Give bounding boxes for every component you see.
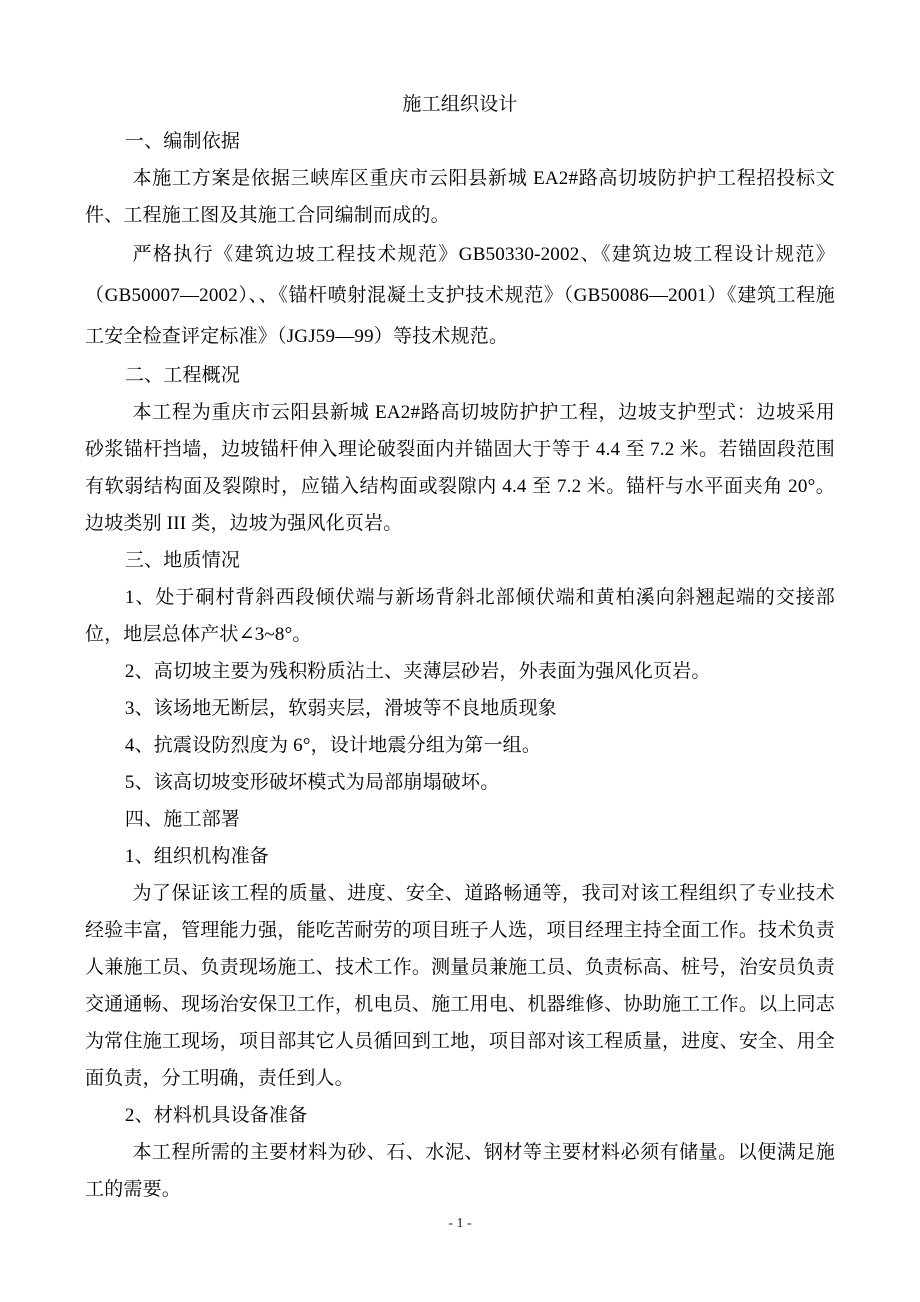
geology-item-1: 1、处于硐村背斜西段倾伏端与新场背斜北部倾伏端和黄柏溪向斜翘起端的交接部位，地层… [85,579,835,653]
geology-item-3: 3、该场地无断层，软弱夹层，滑坡等不良地质现象 [85,690,835,727]
heading-geology: 三、地质情况 [85,542,835,579]
page-number: - 1 - [0,1216,920,1232]
geology-item-5: 5、该高切坡变形破坏模式为局部崩塌破坏。 [85,764,835,801]
paragraph-basis-body: 本施工方案是依据三峡库区重庆市云阳县新城 EA2#路高切坡防护护工程招投标文件、… [85,160,835,234]
heading-project-overview: 二、工程概况 [85,357,835,394]
paragraph-overview-body: 本工程为重庆市云阳县新城 EA2#路高切坡防护护工程，边坡支护型式：边坡采用砂浆… [85,394,835,542]
paragraph-organization-body: 为了保证该工程的质量、进度、安全、道路畅通等，我司对该工程组织了专业技术经验丰富… [85,875,835,1097]
document-content: 施工组织设计 一、编制依据 本施工方案是依据三峡库区重庆市云阳县新城 EA2#路… [0,0,920,1208]
heading-construction-deployment: 四、施工部署 [85,801,835,838]
geology-item-4: 4、抗震设防烈度为 6°，设计地震分组为第一组。 [85,727,835,764]
paragraph-material-body: 本工程所需的主要材料为砂、石、水泥、钢材等主要材料必须有储量。以便满足施工的需要… [85,1134,835,1208]
document-page: 施工组织设计 一、编制依据 本施工方案是依据三峡库区重庆市云阳县新城 EA2#路… [0,0,920,1302]
subheading-material-equipment-preparation: 2、材料机具设备准备 [85,1097,835,1134]
paragraph-standards: 严格执行《建筑边坡工程技术规范》GB50330-2002、《建筑边坡工程设计规范… [85,234,835,357]
document-title: 施工组织设计 [85,86,835,123]
subheading-organization-preparation: 1、组织机构准备 [85,838,835,875]
geology-item-2: 2、高切坡主要为残积粉质沾土、夹薄层砂岩，外表面为强风化页岩。 [85,653,835,690]
heading-compilation-basis: 一、编制依据 [85,123,835,160]
